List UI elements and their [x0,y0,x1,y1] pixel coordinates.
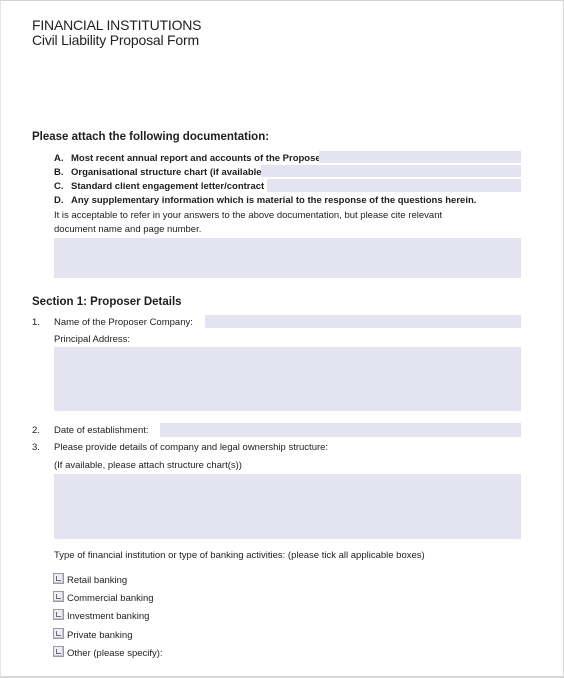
date-of-establishment-field[interactable] [160,423,521,437]
q3-number: 3. [32,442,40,453]
ownership-structure-textarea[interactable] [54,474,521,539]
documentation-note-line2: document name and page number. [54,224,201,235]
q3-sublabel: (If available, please attach structure c… [54,460,242,471]
q2-label: Date of establishment: [54,425,149,436]
documentation-heading: Please attach the following documentatio… [32,131,269,143]
doc-item-d-label: Any supplementary information which is m… [71,195,476,206]
option-label-retail-banking: Retail banking [67,575,127,586]
option-label-commercial-banking: Commercial banking [67,593,154,604]
doc-item-c-letter: C. [54,181,64,192]
option-label-private-banking: Private banking [67,630,132,641]
doc-item-b-letter: B. [54,167,64,178]
doc-item-a-label: Most recent annual report and accounts o… [71,153,327,164]
checkbox-investment-banking[interactable] [53,609,64,620]
q1-number: 1. [32,317,40,328]
doc-item-b-field[interactable] [261,165,521,177]
doc-item-c-label: Standard client engagement letter/contra… [71,181,264,192]
doc-item-d-letter: D. [54,195,64,206]
documentation-note-line1: It is acceptable to refer in your answer… [54,210,442,221]
option-label-investment-banking: Investment banking [67,611,149,622]
option-label-other: Other (please specify): [67,648,163,659]
doc-item-b-label: Organisational structure chart (if avail… [71,167,265,178]
documentation-reference-textarea[interactable] [54,238,521,278]
document-page: FINANCIAL INSTITUTIONS Civil Liability P… [0,0,564,678]
doc-item-a-letter: A. [54,153,64,164]
q3-label: Please provide details of company and le… [54,442,328,453]
checkbox-retail-banking[interactable] [53,573,64,584]
section1-heading: Section 1: Proposer Details [32,296,182,308]
checkbox-private-banking[interactable] [53,628,64,639]
q2-number: 2. [32,425,40,436]
form-title: FINANCIAL INSTITUTIONS [32,17,201,33]
proposer-company-name-field[interactable] [205,315,521,328]
q1-label: Name of the Proposer Company: [54,317,193,328]
doc-item-a-field[interactable] [319,151,521,163]
checkbox-other[interactable] [53,646,64,657]
principal-address-label: Principal Address: [54,334,130,345]
checkbox-commercial-banking[interactable] [53,591,64,602]
form-subtitle: Civil Liability Proposal Form [32,32,199,48]
principal-address-textarea[interactable] [54,347,521,411]
doc-item-c-field[interactable] [267,179,521,192]
institution-type-label: Type of financial institution or type of… [54,550,425,561]
